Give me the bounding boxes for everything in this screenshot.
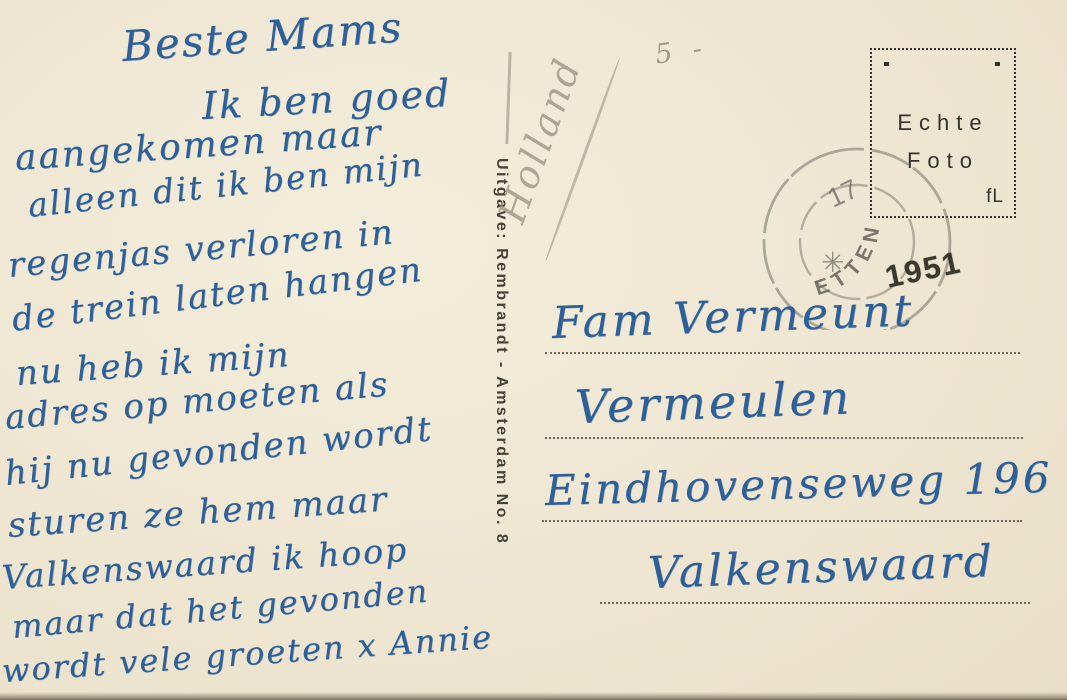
- address-line: Valkenswaard: [647, 536, 996, 599]
- postmark-day: 17: [823, 174, 863, 214]
- address-rule: [545, 352, 1020, 354]
- message-line: Beste Mams: [120, 2, 405, 71]
- stamp-box-corner-dot: [884, 62, 889, 66]
- address-rule: [600, 602, 1030, 604]
- pencil-tick-mark: [505, 52, 511, 144]
- address-line: Eindhovenseweg 196: [544, 453, 1053, 515]
- postcard-back: Beste Mams Ik ben goed aangekomen maar a…: [0, 0, 1067, 700]
- pencil-signature: Holland: [480, 24, 600, 255]
- stamp-box-corner-dot: [995, 62, 1000, 66]
- address-rule: [545, 437, 1023, 439]
- pencil-price-note: 5 -: [653, 32, 710, 70]
- card-bottom-edge: [0, 692, 1067, 700]
- address-rule: [542, 520, 1022, 522]
- star-icon: ✳: [821, 247, 844, 278]
- stamp-box-mark: fL: [986, 186, 1004, 208]
- address-line: Fam Vermeunt: [551, 285, 915, 349]
- address-line: Vermeulen: [574, 370, 853, 434]
